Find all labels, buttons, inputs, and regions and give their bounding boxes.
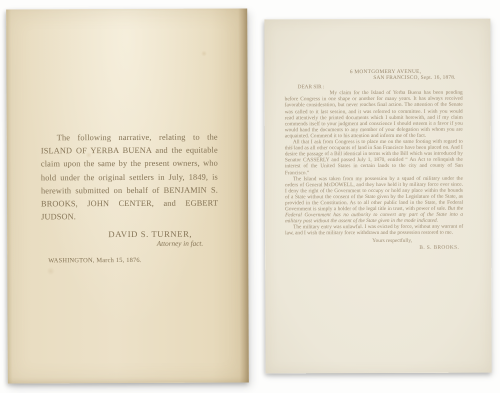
cover-text-block: The following narrative, relating to the… xyxy=(41,131,219,265)
cover-body-paragraph: The following narrative, relating to the… xyxy=(41,131,218,224)
letter-closing: Yours respectfully, xyxy=(285,237,463,244)
right-document: 6 MONTGOMERY AVENUE, SAN FRANCISCO, Sept… xyxy=(264,19,491,374)
left-document: The following narrative, relating to the… xyxy=(6,8,249,383)
letter-signature: B. S. BROOKS. xyxy=(285,244,463,251)
photo-of-documents: The following narrative, relating to the… xyxy=(0,0,500,393)
cover-signature-role: Attorney in fact. xyxy=(41,240,218,249)
letter-text-block: 6 MONTGOMERY AVENUE, SAN FRANCISCO, Sept… xyxy=(285,69,464,251)
letter-paragraph-4: The military entry was unlawful. I was e… xyxy=(285,224,463,237)
letter-paragraph-3: The Island was taken from my possession … xyxy=(285,175,463,224)
letter-paragraph-3-normal: The Island was taken from my possession … xyxy=(285,175,463,212)
letter-paragraph-1: My claim for the Island of Yerba Buena h… xyxy=(285,90,463,139)
left-document-fold-edge xyxy=(238,8,249,382)
letter-paragraph-2: All that I ask from Congress is to place… xyxy=(285,139,463,176)
cover-signature-name: DAVID S. TURNER, xyxy=(41,229,218,240)
cover-dateline: WASHINGTON, March 15, 1876. xyxy=(41,257,218,265)
letter-dateline: SAN FRANCISCO, Sept. 16, 1878. xyxy=(285,75,463,82)
